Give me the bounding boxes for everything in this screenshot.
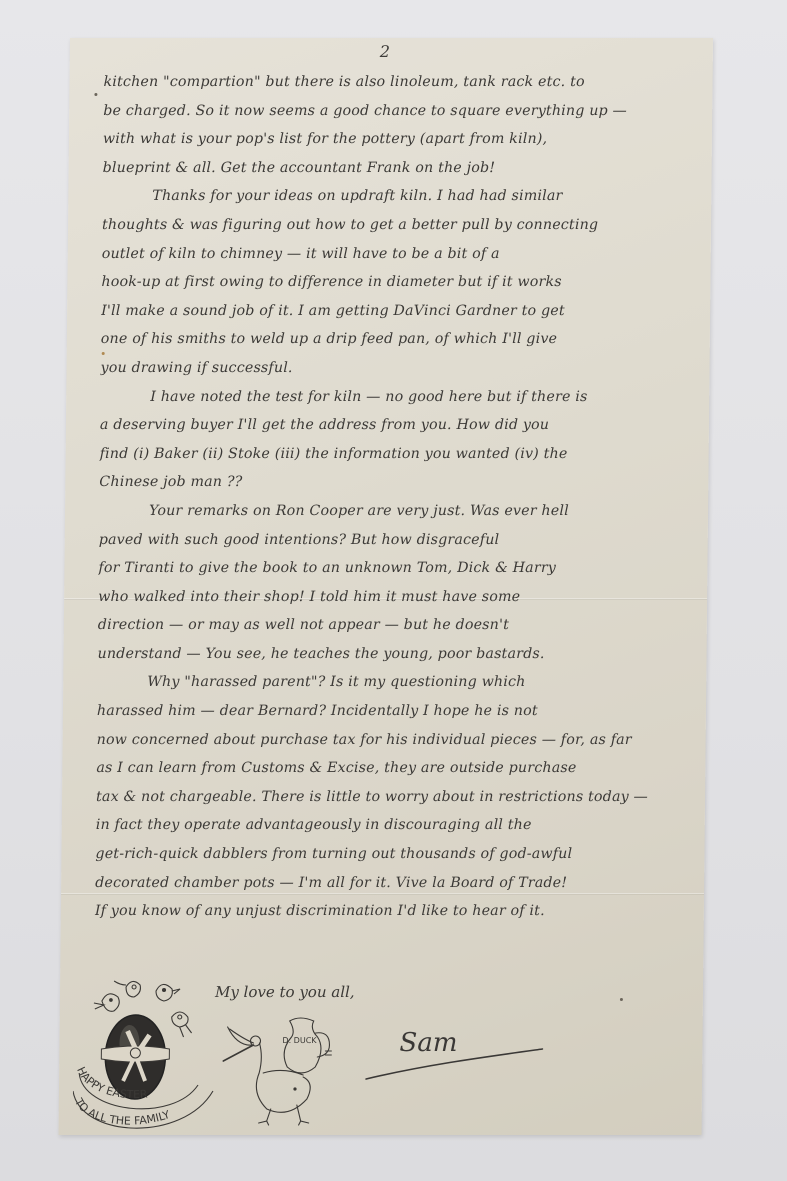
letter-line: now concerned about purchase tax for his… — [96, 726, 686, 755]
letter-line: a deserving buyer I'll get the address f… — [100, 411, 690, 440]
letter-line: be charged. So it now seems a good chanc… — [103, 97, 693, 126]
letter-line: as I can learn from Customs & Excise, th… — [96, 754, 686, 783]
letter-line: Chinese job man ?? — [99, 468, 689, 497]
letter-line: one of his smiths to weld up a drip feed… — [101, 325, 691, 354]
letter-line: Thanks for your ideas on updraft kiln. I… — [102, 182, 692, 211]
letter-line: find (i) Baker (ii) Stoke (iii) the info… — [99, 440, 689, 469]
letter-page: 2 kitchen "compartion" but there is also… — [59, 38, 713, 1135]
letter-line: blueprint & all. Get the accountant Fran… — [102, 154, 692, 183]
letter-line: Your remarks on Ron Cooper are very just… — [99, 497, 689, 526]
letter-line: get-rich-quick dabblers from turning out… — [95, 840, 685, 869]
letter-line: you drawing if successful. — [100, 354, 690, 383]
letter-line: hook-up at first owing to difference in … — [101, 268, 691, 297]
letter-line: I have noted the test for kiln — no good… — [100, 383, 690, 412]
paper-stain — [102, 352, 105, 355]
letter-line: direction — or may as well not appear — … — [98, 611, 688, 640]
page-number: 2 — [380, 42, 390, 61]
letter-line: Why "harassed parent"? Is it my question… — [97, 668, 687, 697]
letter-line: outlet of kiln to chimney — it will have… — [102, 240, 692, 269]
letter-line: kitchen "compartion" but there is also l… — [103, 68, 693, 97]
letter-line: with what is your pop's list for the pot… — [103, 125, 693, 154]
duck-jug-label: D. DUCK — [282, 1036, 317, 1045]
letter-line: paved with such good intentions? But how… — [99, 526, 689, 555]
letter-line: in fact they operate advantageously in d… — [96, 811, 686, 840]
signature-flourish-icon — [364, 1043, 544, 1083]
duck-drawing-icon: D. DUCK — [219, 1013, 350, 1128]
letter-line: If you know of any unjust discrimination… — [95, 897, 685, 926]
letter-line: understand — You see, he teaches the you… — [97, 640, 687, 669]
easter-egg-drawing-icon: HAPPY EASTER TO ALL THE FAMILY — [73, 973, 225, 1133]
letter-line: I'll make a sound job of it. I am gettin… — [101, 297, 691, 326]
ink-dot — [94, 93, 97, 96]
letter-line: who walked into their shop! I told him i… — [98, 583, 688, 612]
ink-dot — [620, 998, 623, 1001]
letter-line: for Tiranti to give the book to an unkno… — [98, 554, 688, 583]
letter-closing: My love to you all, — [215, 983, 355, 1001]
letter-body: kitchen "compartion" but there is also l… — [95, 68, 694, 926]
letter-line: harassed him — dear Bernard? Incidentall… — [97, 697, 687, 726]
letter-line: decorated chamber pots — I'm all for it.… — [95, 869, 685, 898]
letter-line: thoughts & was figuring out how to get a… — [102, 211, 692, 240]
letter-line: tax & not chargeable. There is little to… — [96, 783, 686, 812]
